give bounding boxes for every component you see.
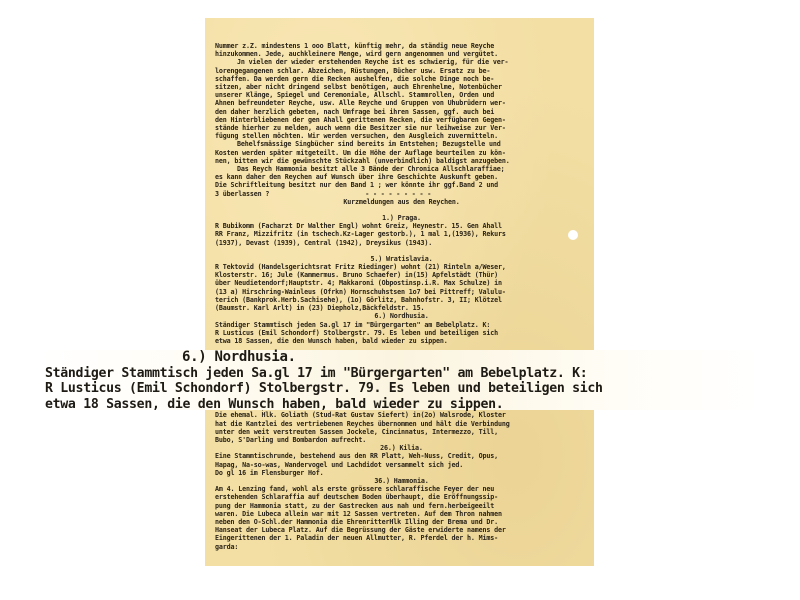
body-line: den Hinterbliebenen der gen Ahall geritt… <box>215 116 588 124</box>
body-line: hinzukommen. Jede, auchkleinere Menge, w… <box>215 50 588 58</box>
magnified-line: R Lusticus (Emil Schondorf) Stolbergstr.… <box>40 381 760 397</box>
separator: - - - - - - - - - <box>269 190 431 198</box>
body-line: nen, bitten wir die gewünschte Stückzahl… <box>215 157 588 165</box>
entry-line: (13 a) Hirschring-Wainleus (Ofrkn) Horns… <box>215 288 588 296</box>
entry-line: neben den O-Schl.der Hammonia die Ehrenr… <box>215 518 588 526</box>
entry-line: (Baumstr. Karl Arlt) in (23) Diepholz,Bä… <box>215 304 588 312</box>
entry-line: (1937), Devast (1939), Central (1942), D… <box>215 239 588 247</box>
entry-line: R Bubikomm (Facharzt Dr Walther Engl) wo… <box>215 222 588 230</box>
body-line: Das Reych Hammonia besitzt alle 3 Bände … <box>215 165 588 173</box>
entry-line: garda: <box>215 543 588 551</box>
body-line: sitzen, aber nicht dringend selbst benöt… <box>215 83 588 91</box>
entry-line: pung der Hammonia statt, zu der Gastreck… <box>215 502 588 510</box>
body-line: Nummer z.Z. mindestens 1 ooo Blatt, künf… <box>215 42 588 50</box>
body-line: unserer Klänge, Spiegel und Ceremoniale,… <box>215 91 588 99</box>
entry-line: R Tektovid (Handelsgerichtsrat Fritz Rie… <box>215 263 588 271</box>
entry-line: waren. Die Lubeca allein war mit 12 Sass… <box>215 510 588 518</box>
entry-line: über Neudietendorf;Hauptstr. 4; Makkaron… <box>215 279 588 287</box>
magnified-heading: 6.) Nordhusia. <box>40 350 760 366</box>
entry-line: R Lusticus (Emil Schondorf) Stolbergstr.… <box>215 329 588 337</box>
entry-heading: 36.) Hammonia. <box>215 477 588 485</box>
entry-line: Klosterstr. 16; Jule (Kammermus. Bruno S… <box>215 271 588 279</box>
entry-heading: 6.) Nordhusia. <box>215 312 588 320</box>
section-title: Kurzmeldungen aus den Reychen. <box>215 198 588 206</box>
entry-line: terich (Bankprok.Herb.Sachisehe), (1o) G… <box>215 296 588 304</box>
body-line: fügung stellen möchten. Wir werden versu… <box>215 132 588 140</box>
entry-line: Bubo, S'Darling und Bombardon aufrecht. <box>215 436 588 444</box>
magnified-line: etwa 18 Sassen, die den Wunsch haben, ba… <box>40 397 760 413</box>
entry-heading: 1.) Praga. <box>215 214 588 222</box>
entry-line: RR Franz, Mizzifritz (in tschech.Kz-Lage… <box>215 230 588 238</box>
entry-line: Die ehemal. Hlk. Goliath (Stud-Rat Gusta… <box>215 411 588 419</box>
entry-line: Hanseat der Lubeca Platz. Auf die Begrüs… <box>215 526 588 534</box>
body-line-last: 3 überlassen ?- - - - - - - - - <box>215 190 588 198</box>
body-line: Die Schriftleitung besitzt nur den Band … <box>215 181 588 189</box>
body-line: lorengegangenen schlar. Abzeichen, Rüstu… <box>215 67 588 75</box>
entry-heading: 5.) Wratislavia. <box>215 255 588 263</box>
body-line: Behelfsmässige Singbücher sind bereits i… <box>215 140 588 148</box>
body-line: schaffen. Da werden gern die Recken aush… <box>215 75 588 83</box>
entry-heading: 26.) Kilia. <box>215 444 588 452</box>
body-line: den daher herzlich gebeten, nach Umfrage… <box>215 108 588 116</box>
body-line: stände hierher zu melden, auch wenn die … <box>215 124 588 132</box>
entry-line: Am 4. Lenzing fand, wohl als erste gröss… <box>215 485 588 493</box>
body-line: Jn vielen der wieder erstehenden Reyche … <box>215 58 588 66</box>
body-line: Kosten werden später mitgeteilt. Um die … <box>215 149 588 157</box>
magnified-line: Ständiger Stammtisch jeden Sa.gl 17 im "… <box>40 366 760 382</box>
entry-line: Eine Stammtischrunde, bestehend aus den … <box>215 452 588 460</box>
body-text: 3 überlassen ? <box>215 190 269 198</box>
entry-line: hat die Kantzlei des vertriebenen Reyche… <box>215 420 588 428</box>
entry-line: Ständiger Stammtisch jeden Sa.gl 17 im "… <box>215 321 588 329</box>
entry-line: Do gl 16 im Flensburger Hof. <box>215 469 588 477</box>
entry-line: unter den weit verstreuten Sassen Jockel… <box>215 428 588 436</box>
entry-line: Hapag, Na-so-was, Wandervogel und Lachdi… <box>215 461 588 469</box>
magnified-text-strip: 6.) Nordhusia. Ständiger Stammtisch jede… <box>40 350 760 410</box>
entry-line: etwa 18 Sassen, die den Wunsch haben, ba… <box>215 337 588 345</box>
body-line: Ahnen befreundeter Reyche, usw. Alle Rey… <box>215 99 588 107</box>
entry-line: erstehenden Schlaraffia auf deutschem Bo… <box>215 493 588 501</box>
body-line: es kann daher den Reychen auf Wunsch übe… <box>215 173 588 181</box>
entry-line: Eingerittenen der 1. Paladin der neuen A… <box>215 534 588 542</box>
typewritten-document-page: Nummer z.Z. mindestens 1 ooo Blatt, künf… <box>205 18 594 566</box>
punch-hole <box>568 230 578 240</box>
